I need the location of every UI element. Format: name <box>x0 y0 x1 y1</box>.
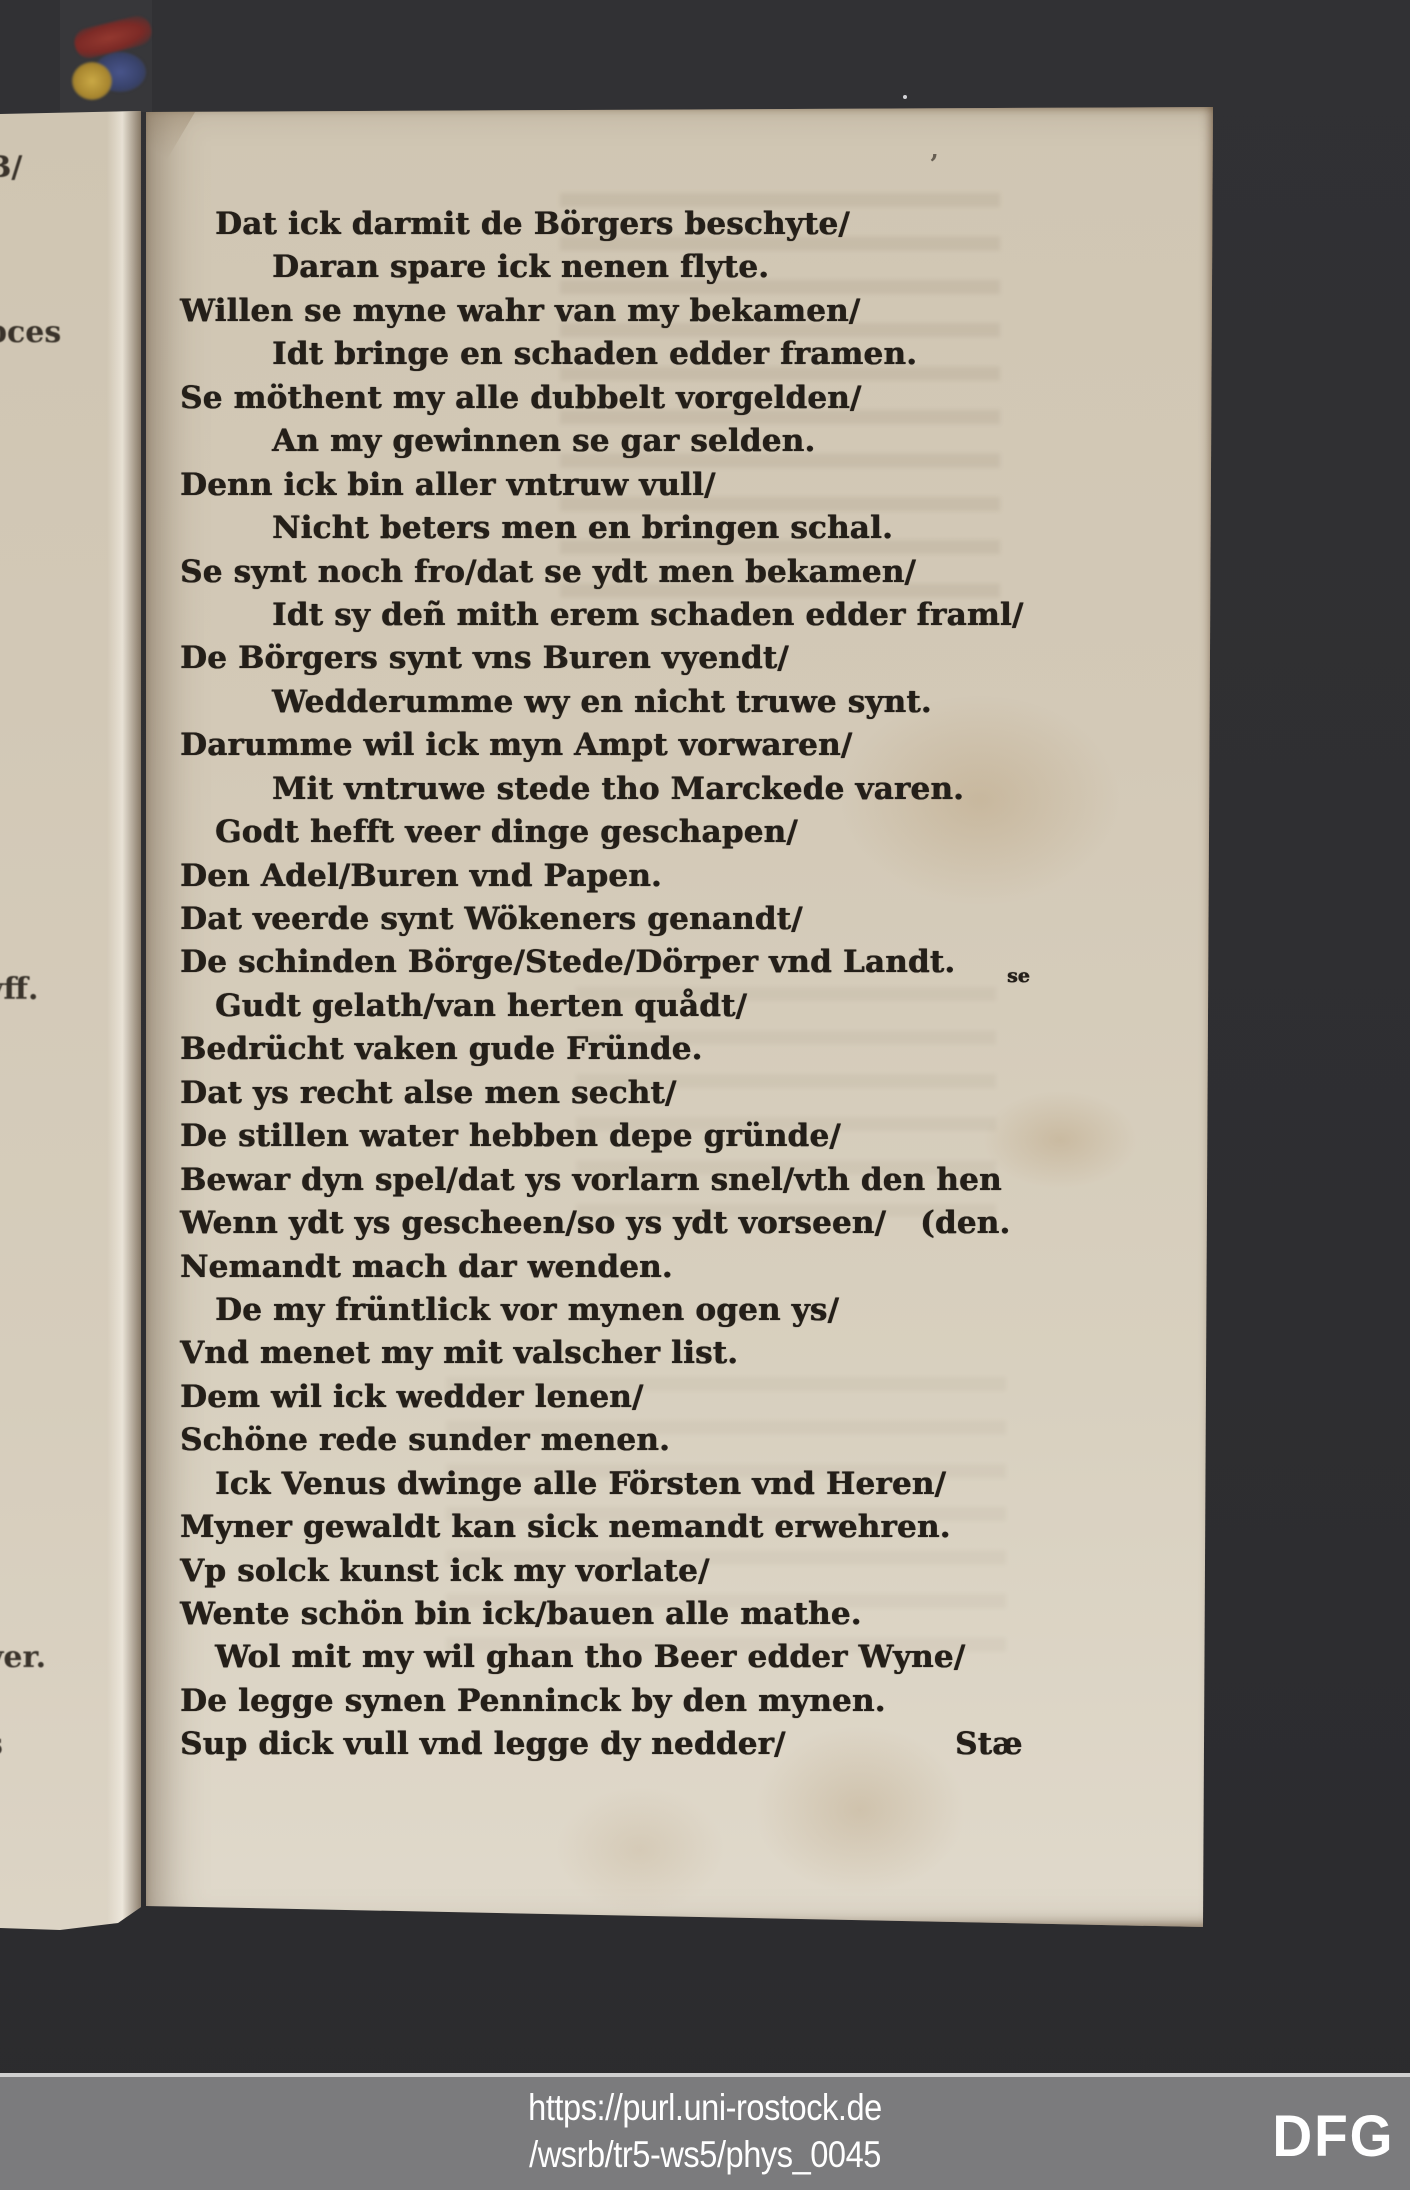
text-line: Dem wil ick wedder lenen/ <box>146 1376 1213 1419</box>
headband-yellow-thread <box>72 62 112 100</box>
text-line: Se möthent my alle dubbelt vorgelden/ <box>146 377 1213 420</box>
text-line: Godt hefft veer dinge geschapen/ <box>146 811 1213 854</box>
headband-decoration <box>66 14 152 110</box>
inline-aside: (den. <box>920 1202 1010 1245</box>
dust-speck <box>903 95 907 99</box>
text-line: De my früntlick vor mynen ogen ys/ <box>146 1289 1213 1332</box>
text-line: Willen se myne wahr van my bekamen/ <box>146 290 1213 333</box>
persistent-url-line1: https://purl.uni-rostock.de <box>85 2084 1326 2131</box>
persistent-url: https://purl.uni-rostock.de /wsrb/tr5-ws… <box>85 2084 1326 2178</box>
text-line: Vp solck kunst ick my vorlate/ <box>146 1550 1213 1593</box>
left-page-text-fragment: s <box>0 1727 3 1762</box>
text-line: Myner gewaldt kan sick nemandt erwehren. <box>146 1506 1213 1549</box>
text-line: Gudt gelath/van herten quådt/ <box>146 985 1213 1028</box>
text-line: Denn ick bin aller vntruw vull/ <box>146 464 1213 507</box>
gutter-shadow <box>107 111 141 1932</box>
scan-background: B/ bces yff. yer. s ‚ Dat ick darmit de … <box>0 0 1410 2190</box>
text-line: Dat ys recht alse men secht/ <box>146 1072 1213 1115</box>
left-page-text-fragment: B/ <box>0 150 22 185</box>
text-line: De legge synen Penninck by den mynen. <box>146 1680 1213 1723</box>
text-line: Bedrücht vaken gude Fründe. <box>146 1028 1213 1071</box>
book-page: ‚ Dat ick darmit de Börgers beschyte/ Da… <box>146 107 1213 1928</box>
text-line: Den Adel/Buren vnd Papen. <box>146 855 1213 898</box>
text-line: Dat ick darmit de Börgers beschyte/ <box>146 203 1213 246</box>
left-page-text-fragment: yer. <box>0 1640 46 1675</box>
text-line: Sup dick vull vnd legge dy nedder/ Stæ <box>146 1723 1213 1766</box>
text-line: Se synt noch fro/dat se ydt men bekamen/ <box>146 551 1213 594</box>
text-line: Nicht beters men en bringen schal. <box>146 507 1213 550</box>
text-line: Wente schön bin ick/bauen alle mathe. <box>146 1593 1213 1636</box>
text-line: Daran spare ick nenen flyte. <box>146 246 1213 289</box>
verse-text-block: Dat ick darmit de Börgers beschyte/ Dara… <box>146 203 1213 1767</box>
persistent-url-line2: /wsrb/tr5-ws5/phys_0045 <box>85 2131 1326 2178</box>
text-line: Vnd menet my mit valscher list. <box>146 1332 1213 1375</box>
left-page-edge: B/ bces yff. yer. s <box>0 111 141 1932</box>
text-line-content: De schinden Börge/Stede/Dörper vnd Landt… <box>180 944 955 980</box>
page-fold-shadow <box>146 107 198 195</box>
text-line-content: Sup dick vull vnd legge dy nedder/ <box>180 1726 786 1762</box>
text-line: De stillen water hebben depe gründe/ <box>146 1115 1213 1158</box>
text-line: Mit vntruwe stede tho Marckede varen. <box>146 768 1213 811</box>
dfg-logo: DFG <box>1272 2103 1394 2170</box>
text-line: Dat veerde synt Wökeners genandt/ <box>146 898 1213 941</box>
text-line: De Börgers synt vns Buren vyendt/ <box>146 637 1213 680</box>
text-line: Idt bringe en schaden edder framen. <box>146 333 1213 376</box>
text-line: Wol mit my wil ghan tho Beer edder Wyne/ <box>146 1636 1213 1679</box>
left-page-text-fragment: yff. <box>0 972 39 1007</box>
text-line: Wenn ydt ys gescheen/so ys ydt vorseen/ … <box>146 1202 1213 1245</box>
text-line: Wedderumme wy en nicht truwe synt. <box>146 681 1213 724</box>
text-line: Nemandt mach dar wenden. <box>146 1246 1213 1289</box>
catchword: Stæ <box>955 1723 1023 1766</box>
text-line: De schinden Börge/Stede/Dörper vnd Landt… <box>146 941 1213 984</box>
text-line: Schöne rede sunder menen. <box>146 1419 1213 1462</box>
text-line: An my gewinnen se gar selden. <box>146 420 1213 463</box>
ink-smudge: ‚ <box>930 135 939 165</box>
text-line: Idt sy deñ mith erem schaden edder framl… <box>146 594 1213 637</box>
text-line: Bewar dyn spel/dat ys vorlarn snel/vth d… <box>146 1159 1213 1202</box>
text-line-content: Wenn ydt ys gescheen/so ys ydt vorseen/ <box>180 1205 886 1241</box>
text-line: Darumme wil ick myn Ampt vorwaren/ <box>146 724 1213 767</box>
text-line: Ick Venus dwinge alle Försten vnd Heren/ <box>146 1463 1213 1506</box>
footer-bar: https://purl.uni-rostock.de /wsrb/tr5-ws… <box>0 2077 1410 2190</box>
left-page-text-fragment: bces <box>0 315 61 350</box>
